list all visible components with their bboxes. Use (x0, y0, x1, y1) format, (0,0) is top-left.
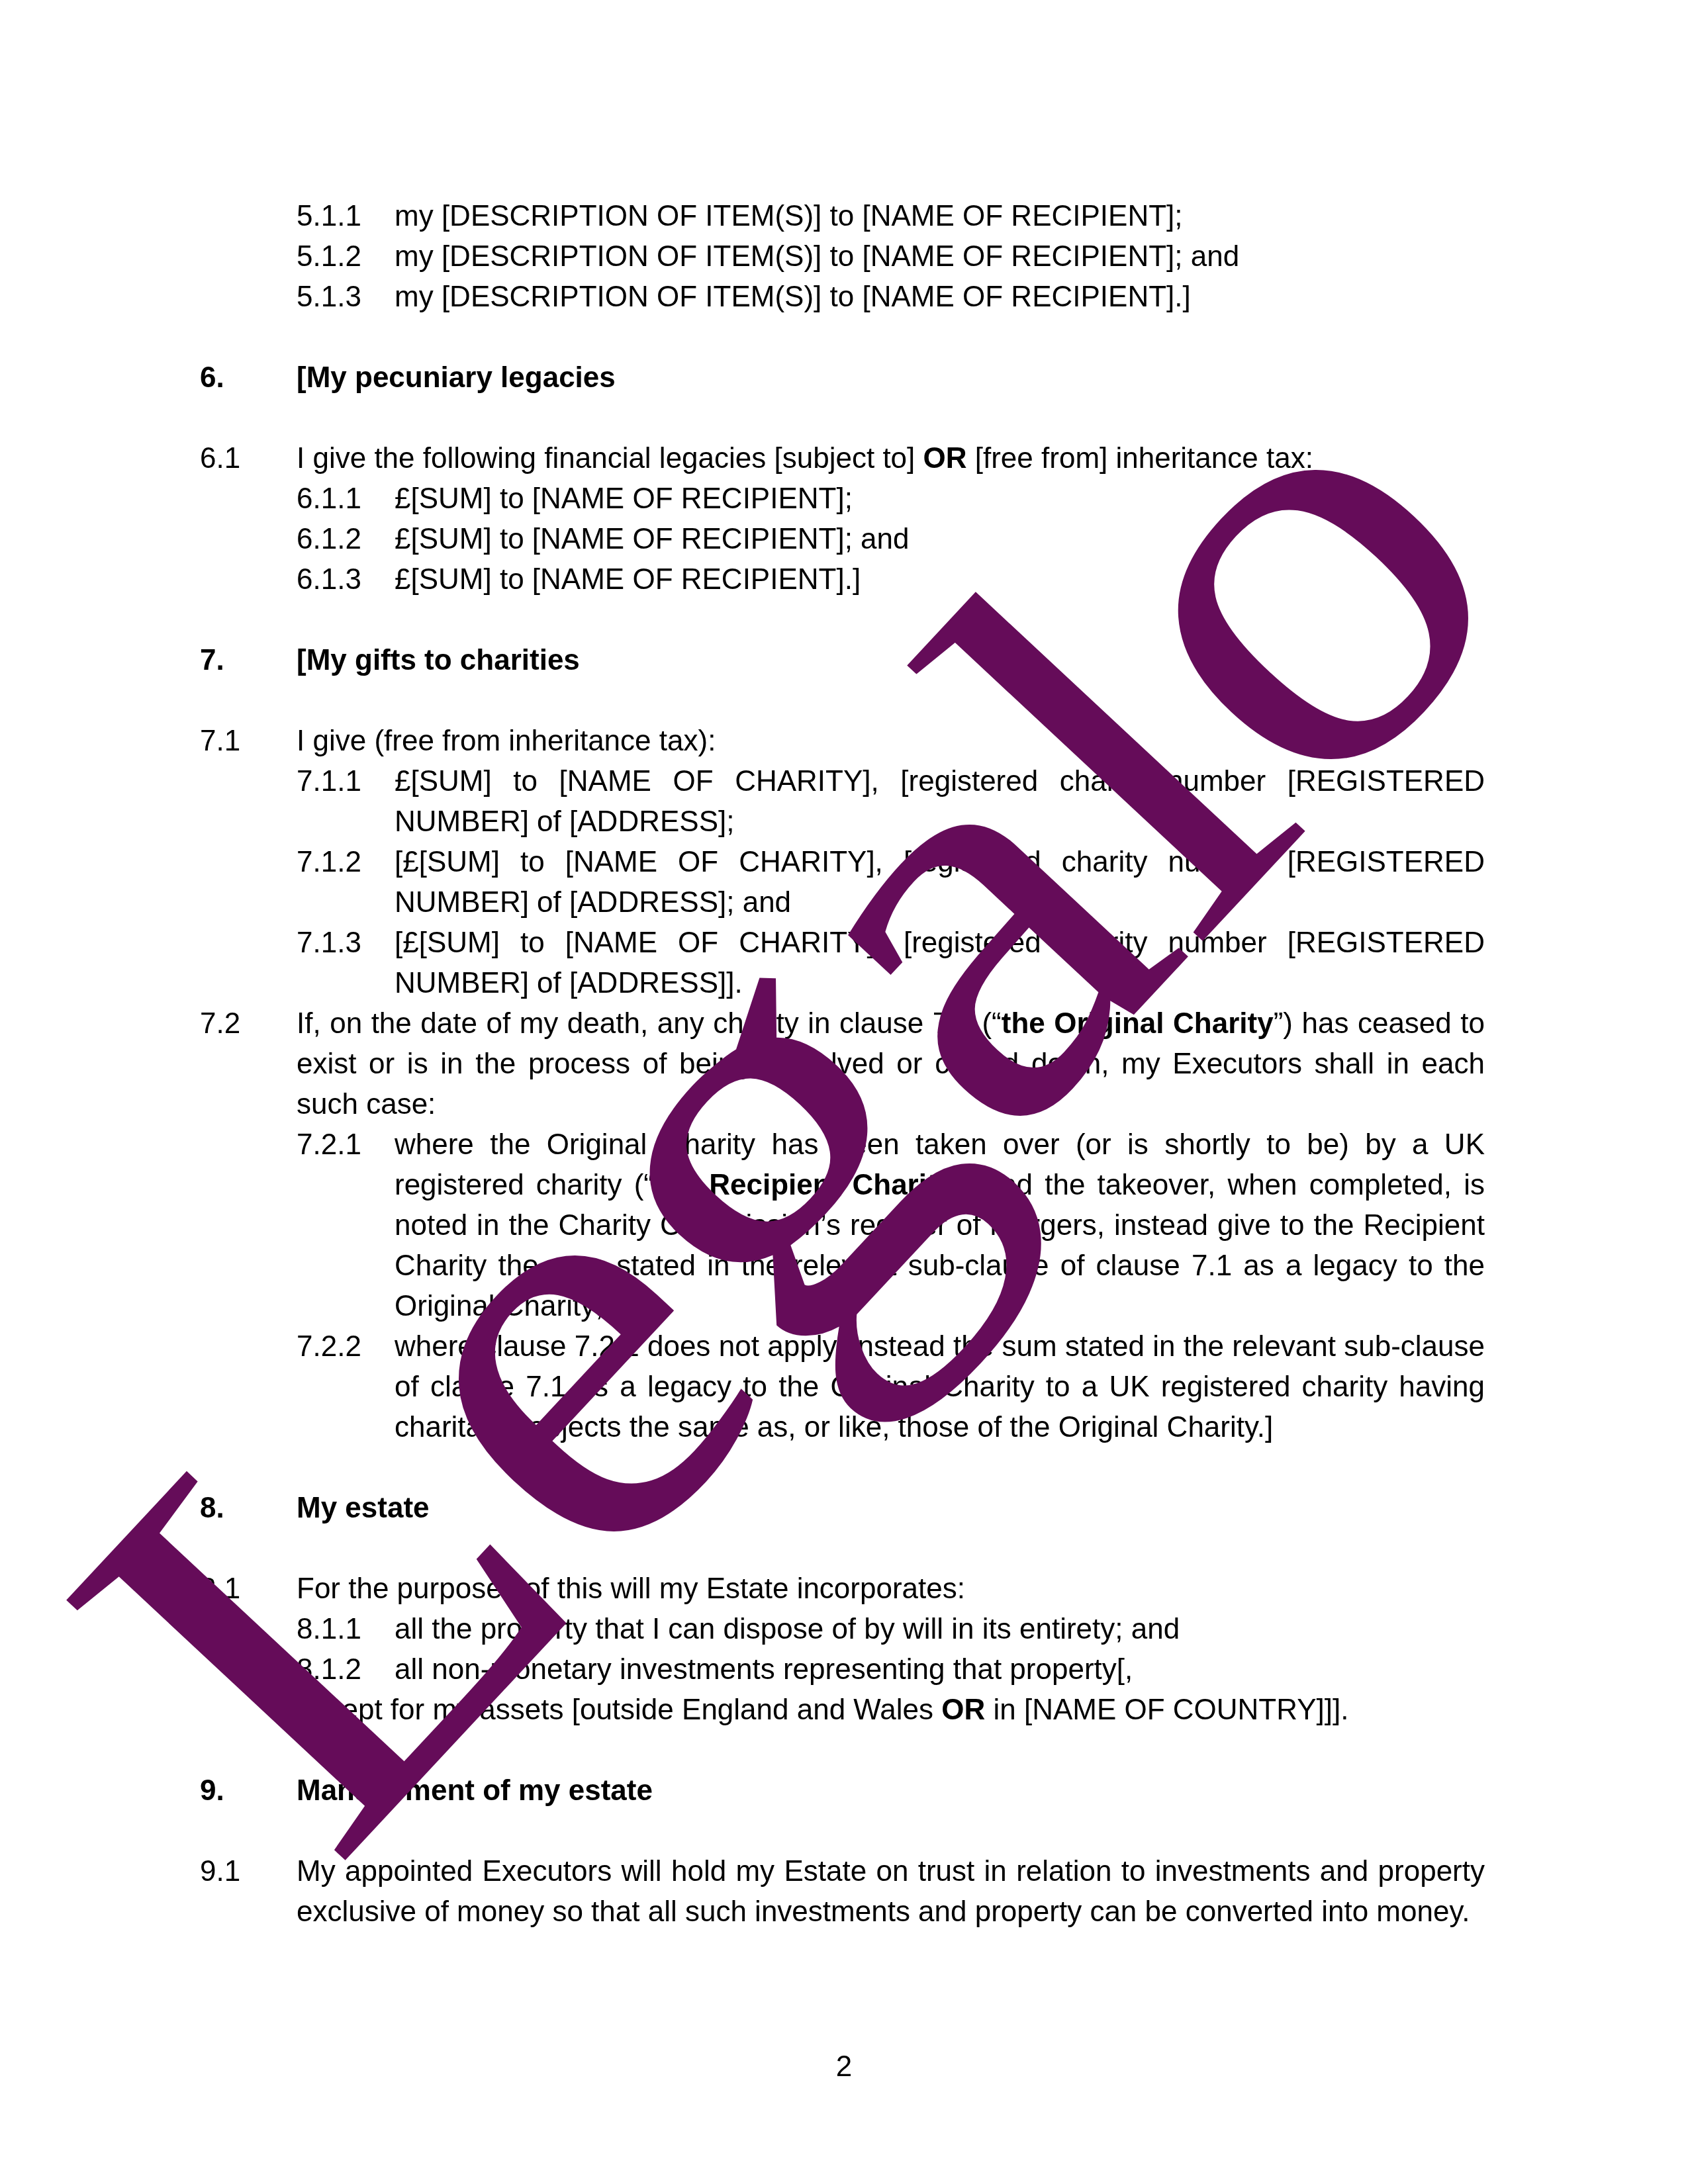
clause-text: For the purposes of this will my Estate … (297, 1569, 1485, 1609)
clause-5-1-2: 5.1.2 my [DESCRIPTION OF ITEM(S)] to [NA… (200, 236, 1485, 277)
text-run: [free from] inheritance tax: (967, 442, 1313, 475)
section-number: 9. (200, 1770, 224, 1811)
clause-text: where the Original Charity has been take… (395, 1124, 1485, 1326)
spacer (200, 398, 1485, 438)
text-run-bold: OR (941, 1694, 985, 1726)
clause-text: £[SUM] to [NAME OF RECIPIENT]; (395, 478, 1485, 519)
clause-7-1-2: 7.1.2 [£[SUM] to [NAME OF CHARITY], [reg… (200, 842, 1485, 923)
clause-7-1: 7.1 I give (free from inheritance tax): (200, 721, 1485, 761)
clause-7-2-1: 7.2.1 where the Original Charity has bee… (200, 1124, 1485, 1326)
section-title: Management of my estate (297, 1770, 1485, 1811)
clause-number: 8.1 (200, 1569, 240, 1609)
spacer (200, 680, 1485, 721)
clause-number: 7.2.1 (297, 1124, 361, 1165)
clause-number: 8.1.1 (297, 1609, 361, 1649)
clause-6-1-3: 6.1.3 £[SUM] to [NAME OF RECIPIENT].] (200, 559, 1485, 600)
text-run: in [NAME OF COUNTRY]]]. (985, 1694, 1348, 1726)
clause-number: 7.1.2 (297, 842, 361, 882)
text-run: If, on the date of my death, any charity… (297, 1007, 1002, 1040)
text-run: I give the following financial legacies … (297, 442, 923, 475)
clause-number: 5.1.2 (297, 236, 361, 277)
clause-text: I give (free from inheritance tax): (297, 721, 1485, 761)
section-title: [My pecuniary legacies (297, 357, 1485, 398)
clause-number: 6.1.3 (297, 559, 361, 600)
defined-term: the Recipient Charity (653, 1169, 953, 1201)
clause-6-1-2: 6.1.2 £[SUM] to [NAME OF RECIPIENT]; and (200, 519, 1485, 559)
clause-5-1-3: 5.1.3 my [DESCRIPTION OF ITEM(S)] to [NA… (200, 277, 1485, 317)
clause-6-1-1: 6.1.1 £[SUM] to [NAME OF RECIPIENT]; (200, 478, 1485, 519)
spacer (200, 1447, 1485, 1488)
section-9-heading: 9. Management of my estate (200, 1770, 1485, 1811)
clause-text: £[SUM] to [NAME OF RECIPIENT]; and (395, 519, 1485, 559)
document-page: 5.1.1 my [DESCRIPTION OF ITEM(S)] to [NA… (0, 0, 1688, 2184)
text-run-bold: OR (923, 442, 967, 475)
text-run: except for my assets [outside England an… (297, 1694, 941, 1726)
section-number: 6. (200, 357, 224, 398)
clause-number: 5.1.3 (297, 277, 361, 317)
spacer (200, 1528, 1485, 1569)
clause-text: [£[SUM] to [NAME OF CHARITY], [registere… (395, 842, 1485, 923)
clause-8-1-1: 8.1.1 all the property that I can dispos… (200, 1609, 1485, 1649)
clause-text: except for my assets [outside England an… (297, 1690, 1485, 1730)
clause-number: 7.2 (200, 1003, 240, 1044)
clause-text: my [DESCRIPTION OF ITEM(S)] to [NAME OF … (395, 236, 1485, 277)
clause-8-1: 8.1 For the purposes of this will my Est… (200, 1569, 1485, 1609)
clause-number: 6.1.1 (297, 478, 361, 519)
clause-9-1: 9.1 My appointed Executors will hold my … (200, 1851, 1485, 1932)
clause-number: 6.1.2 (297, 519, 361, 559)
section-7-heading: 7. [My gifts to charities (200, 640, 1485, 680)
clause-text: my [DESCRIPTION OF ITEM(S)] to [NAME OF … (395, 196, 1485, 236)
section-6-heading: 6. [My pecuniary legacies (200, 357, 1485, 398)
clause-number: 6.1 (200, 438, 240, 478)
spacer (200, 1730, 1485, 1770)
clause-8-1-tail: except for my assets [outside England an… (200, 1690, 1485, 1730)
spacer (200, 1811, 1485, 1851)
clause-number: 7.1.1 (297, 761, 361, 801)
clause-text: my [DESCRIPTION OF ITEM(S)] to [NAME OF … (395, 277, 1485, 317)
document-body: 5.1.1 my [DESCRIPTION OF ITEM(S)] to [NA… (200, 196, 1485, 1932)
clause-number: 7.2.2 (297, 1326, 361, 1367)
clause-7-1-1: 7.1.1 £[SUM] to [NAME OF CHARITY], [regi… (200, 761, 1485, 842)
defined-term: the Original Charity (1002, 1007, 1274, 1040)
clause-7-2-2: 7.2.2 where clause 7.2.1 does not apply,… (200, 1326, 1485, 1447)
clause-6-1: 6.1 I give the following financial legac… (200, 438, 1485, 478)
clause-text: £[SUM] to [NAME OF CHARITY], [registered… (395, 761, 1485, 842)
clause-text: [£[SUM] to [NAME OF CHARITY], [registere… (395, 923, 1485, 1003)
clause-7-2: 7.2 If, on the date of my death, any cha… (200, 1003, 1485, 1124)
clause-number: 7.1.3 (297, 923, 361, 963)
clause-text: £[SUM] to [NAME OF RECIPIENT].] (395, 559, 1485, 600)
clause-7-1-3: 7.1.3 [£[SUM] to [NAME OF CHARITY], [reg… (200, 923, 1485, 1003)
clause-number: 5.1.1 (297, 196, 361, 236)
clause-5-1-1: 5.1.1 my [DESCRIPTION OF ITEM(S)] to [NA… (200, 196, 1485, 236)
clause-8-1-2: 8.1.2 all non-monetary investments repre… (200, 1649, 1485, 1690)
clause-text: I give the following financial legacies … (297, 438, 1485, 478)
section-number: 7. (200, 640, 224, 680)
spacer (200, 600, 1485, 640)
page-number: 2 (0, 2046, 1688, 2087)
clause-text: My appointed Executors will hold my Esta… (297, 1851, 1485, 1932)
clause-text: If, on the date of my death, any charity… (297, 1003, 1485, 1124)
clause-number: 7.1 (200, 721, 240, 761)
clause-text: all non-monetary investments representin… (395, 1649, 1485, 1690)
spacer (200, 317, 1485, 357)
clause-text: where clause 7.2.1 does not apply, inste… (395, 1326, 1485, 1447)
clause-number: 9.1 (200, 1851, 240, 1891)
section-number: 8. (200, 1488, 224, 1528)
clause-text: all the property that I can dispose of b… (395, 1609, 1485, 1649)
section-title: My estate (297, 1488, 1485, 1528)
section-title: [My gifts to charities (297, 640, 1485, 680)
section-8-heading: 8. My estate (200, 1488, 1485, 1528)
clause-number: 8.1.2 (297, 1649, 361, 1690)
